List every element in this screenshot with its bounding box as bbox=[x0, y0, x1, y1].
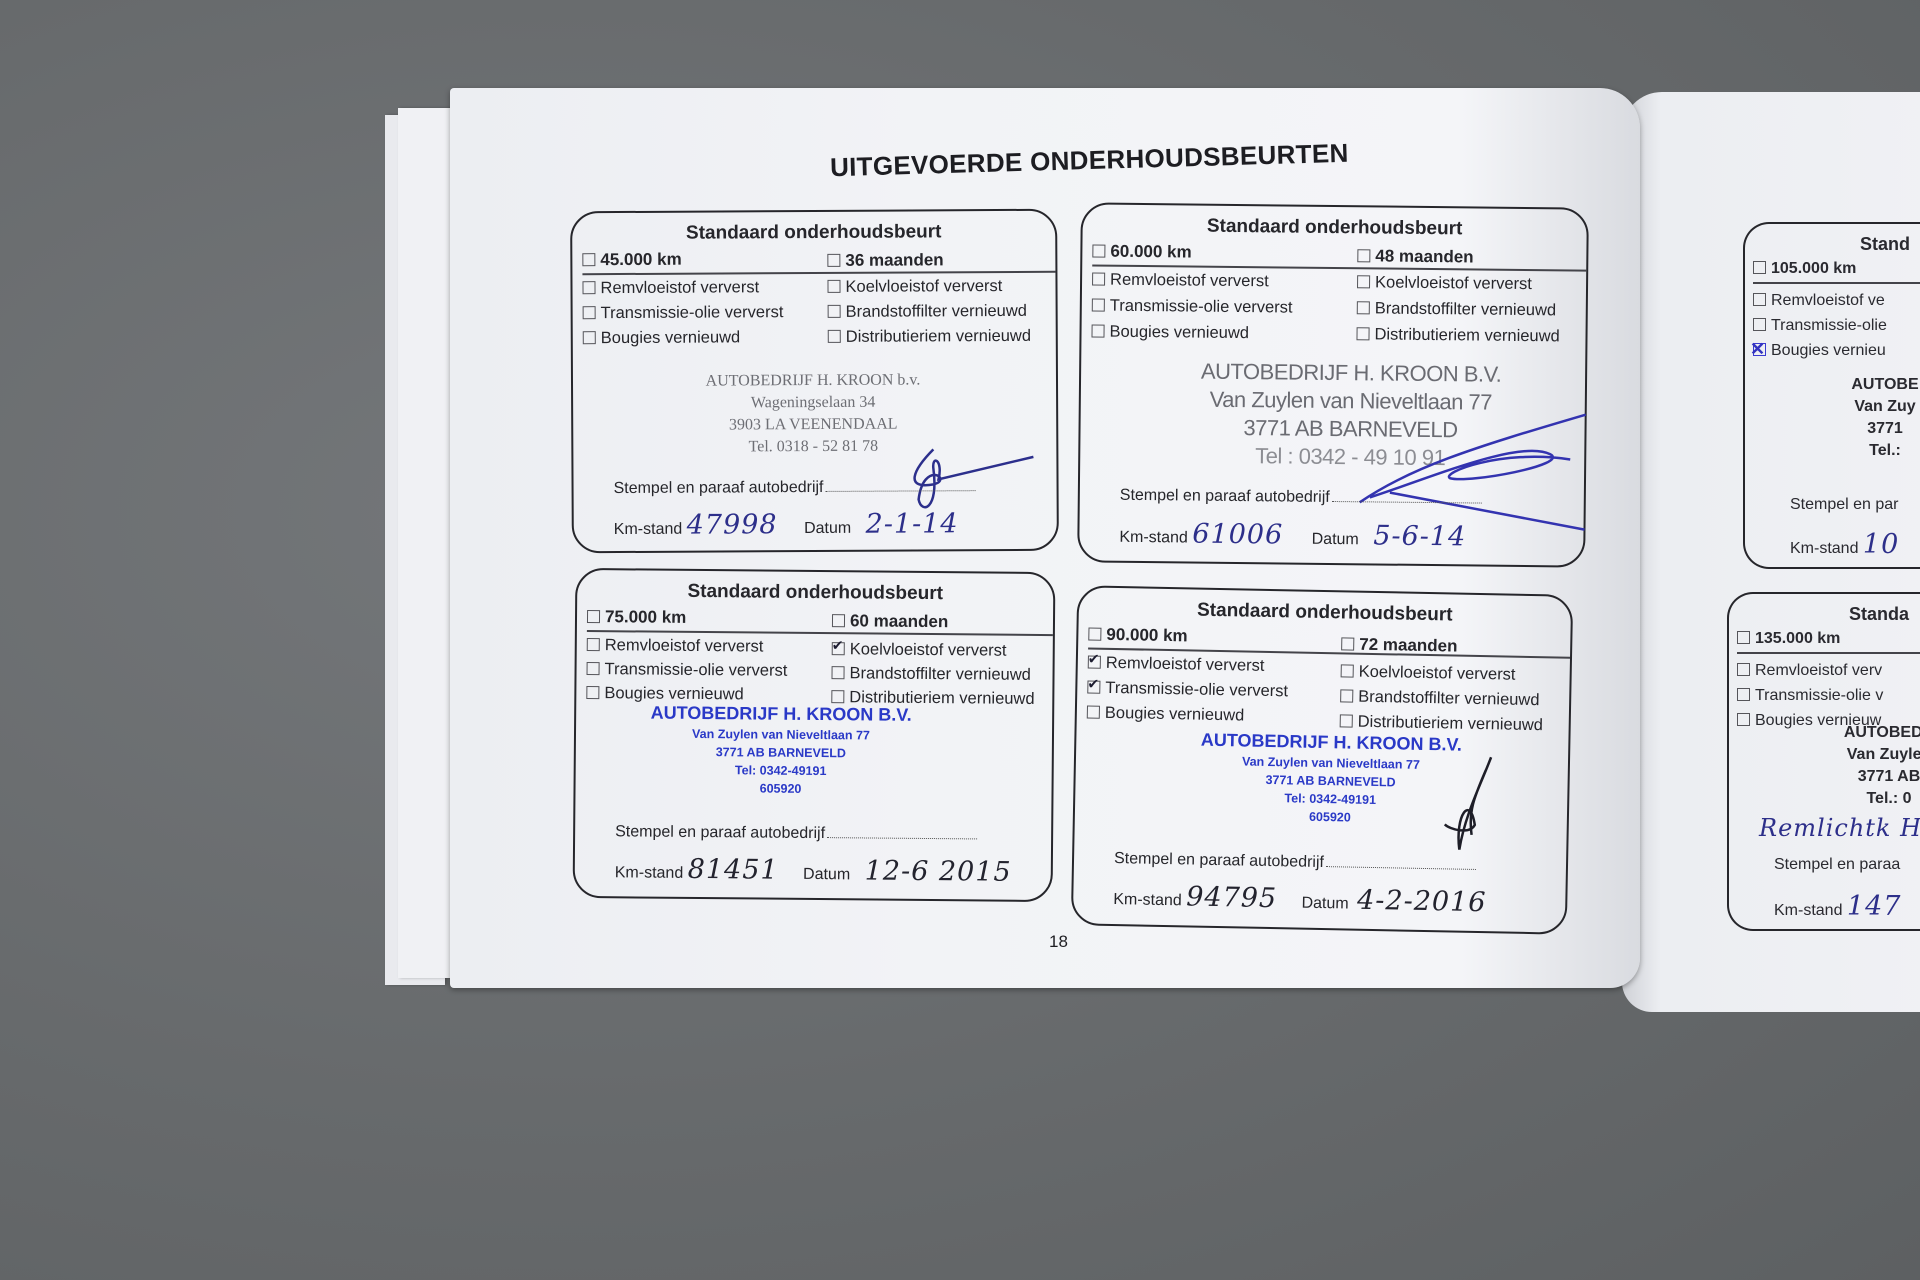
text: Datum bbox=[804, 520, 851, 537]
checkbox-checked[interactable] bbox=[1088, 655, 1101, 668]
month-interval[interactable]: 60 maanden bbox=[832, 611, 948, 632]
text: 75.000 km bbox=[605, 607, 686, 627]
box-title: Standaard onderhoudsbeurt bbox=[572, 221, 1055, 246]
km-interval[interactable]: 135.000 km bbox=[1737, 630, 1920, 654]
checkbox[interactable] bbox=[1092, 244, 1105, 257]
text: Koelvloeistof ververst bbox=[845, 277, 1002, 296]
checkbox[interactable] bbox=[831, 666, 844, 679]
item-transmissie[interactable]: Transmissie-olie bbox=[1753, 313, 1887, 338]
text: Koelvloeistof ververst bbox=[850, 640, 1007, 659]
text: 605920 bbox=[615, 778, 945, 799]
text: Bougies vernieuwd bbox=[1109, 323, 1249, 342]
text: Tel.: 0 bbox=[1819, 788, 1920, 810]
month-interval[interactable]: 36 maanden bbox=[827, 250, 943, 271]
checkbox[interactable] bbox=[1092, 272, 1105, 285]
text: 60.000 km bbox=[1110, 242, 1191, 262]
signature bbox=[1350, 407, 1591, 530]
item-remvloeistof[interactable]: Remvloeistof verv bbox=[1737, 658, 1883, 683]
item-koelvloeistof[interactable]: Koelvloeistof ververst bbox=[1357, 273, 1532, 294]
item-bougies[interactable]: Bougies vernieuwd bbox=[1087, 703, 1245, 725]
checkbox[interactable] bbox=[583, 331, 596, 344]
text: ✕ bbox=[1750, 337, 1765, 362]
text: Remvloeistof ververst bbox=[1106, 654, 1265, 675]
text: Km-stand bbox=[1113, 891, 1182, 909]
km-date-line: Km-stand 81451 Datum 12-6 2015 bbox=[615, 853, 1012, 887]
text: Stempel en paraaf autobedrijf bbox=[615, 823, 825, 842]
checkbox[interactable] bbox=[587, 638, 600, 651]
text: Km-stand bbox=[614, 521, 683, 538]
text: Datum bbox=[1301, 895, 1348, 913]
date-value: 5-6-14 bbox=[1373, 520, 1466, 552]
item-bougies[interactable]: ✕Bougies vernieu bbox=[1753, 338, 1887, 363]
checkbox[interactable] bbox=[1340, 714, 1353, 727]
text: Remvloeistof verv bbox=[1755, 662, 1882, 679]
checklist: Remvloeistof ververst Koelvloeistof verv… bbox=[587, 636, 1057, 640]
signature-line: Stempel en paraaf autobedrijf bbox=[1120, 487, 1482, 509]
item-remvloeistof[interactable]: Remvloeistof ververst bbox=[1092, 270, 1269, 291]
dealer-stamp-partial: AUTOBEVan Zuy3771Tel.: bbox=[1815, 374, 1920, 462]
checkbox[interactable]: ✕ bbox=[1753, 343, 1766, 356]
checklist: Remvloeistof ververst Koelvloeistof verv… bbox=[582, 277, 1052, 279]
item-remvloeistof[interactable]: Remvloeistof ve bbox=[1753, 288, 1887, 313]
checkbox-checked[interactable] bbox=[1087, 680, 1100, 693]
checkbox-checked[interactable] bbox=[832, 642, 845, 655]
checkbox[interactable] bbox=[1341, 637, 1354, 650]
text: 147 bbox=[1847, 891, 1902, 922]
text: 135.000 km bbox=[1755, 630, 1840, 647]
km-interval[interactable]: 45.000 km bbox=[582, 250, 681, 271]
km-date-line: Km-stand 94795 Datum 4-2-2016 bbox=[1113, 880, 1487, 918]
text: Brandstoffilter vernieuwd bbox=[1358, 688, 1540, 709]
item-transmissie[interactable]: Transmissie-olie v bbox=[1737, 683, 1883, 708]
text: Koelvloeistof ververst bbox=[1359, 663, 1516, 684]
checkbox[interactable] bbox=[827, 254, 840, 267]
text: Tel.: bbox=[1815, 440, 1920, 462]
page-number: 18 bbox=[1049, 932, 1068, 952]
checkbox[interactable] bbox=[1340, 689, 1353, 702]
signature-line: Stempel en paraaf autobedrijf bbox=[615, 823, 977, 844]
signature-line: Stempel en paraaf autobedrijf bbox=[614, 478, 976, 498]
checkbox[interactable] bbox=[1341, 664, 1354, 677]
page-edge-front bbox=[398, 108, 458, 978]
text bbox=[825, 490, 975, 492]
text: AUTOBE bbox=[1815, 374, 1920, 396]
dealer-stamp: AUTOBEDRIJF H. KROON B.V.Van Zuylen van … bbox=[615, 700, 946, 799]
text: Standa bbox=[1849, 604, 1909, 625]
date-value: 4-2-2016 bbox=[1357, 885, 1487, 918]
item-distributieriem[interactable]: Distributieriem vernieuwd bbox=[1356, 325, 1559, 346]
item-remvloeistof[interactable]: Remvloeistof ververst bbox=[587, 636, 764, 657]
text: Km-stand 10 bbox=[1790, 529, 1899, 560]
text: 60 maanden bbox=[850, 611, 948, 631]
checkbox[interactable] bbox=[1356, 327, 1369, 340]
km-stand-value: 81451 bbox=[688, 854, 779, 886]
text: Stempel en par bbox=[1790, 496, 1899, 514]
checkbox[interactable] bbox=[1737, 688, 1750, 701]
text: Stand bbox=[1860, 234, 1910, 255]
text: Remvloeistof ve bbox=[1771, 292, 1885, 309]
text bbox=[1360, 412, 1586, 529]
text bbox=[827, 837, 977, 839]
item-brandstoffilter[interactable]: Brandstoffilter vernieuwd bbox=[828, 302, 1027, 322]
checkbox[interactable] bbox=[828, 305, 841, 318]
item-koelvloeistof[interactable]: Koelvloeistof ververst bbox=[827, 277, 1002, 297]
item-transmissie[interactable]: Transmissie-olie ververst bbox=[583, 303, 784, 323]
checkbox[interactable] bbox=[1357, 249, 1370, 262]
text: Km-stand bbox=[1119, 529, 1188, 547]
text: Brandstoffilter vernieuwd bbox=[1375, 299, 1556, 319]
km-stand-value: 47998 bbox=[687, 509, 778, 540]
service-box-90000: Standaard onderhoudsbeurt 90.000 km 72 m… bbox=[1071, 585, 1573, 934]
text: Distributieriem vernieuwd bbox=[1374, 325, 1559, 345]
text: 48 maanden bbox=[1375, 246, 1473, 266]
text: Km-stand bbox=[615, 864, 684, 882]
checkbox[interactable] bbox=[1737, 663, 1750, 676]
km-date-line: Km-stand 61006 Datum 5-6-14 bbox=[1119, 518, 1466, 553]
text: Stempel en paraaf autobedrijf bbox=[1114, 850, 1324, 871]
text: Wageningselaan 34 bbox=[673, 391, 953, 414]
service-box-60000: Standaard onderhoudsbeurt 60.000 km 48 m… bbox=[1077, 202, 1589, 567]
text: Km-stand bbox=[1790, 540, 1858, 557]
text bbox=[1326, 866, 1476, 870]
checkbox[interactable] bbox=[1737, 713, 1750, 726]
text: AUTOBEDRIJF H. KROON b.v. bbox=[673, 369, 953, 392]
text: Van Zuy bbox=[1815, 396, 1920, 418]
item-koelvloeistof[interactable]: Koelvloeistof ververst bbox=[1341, 662, 1516, 684]
text: 10 bbox=[1863, 529, 1899, 560]
text: 90.000 km 72 maanden bbox=[1088, 623, 1570, 658]
item-bougies[interactable]: Bougies vernieuwd bbox=[1091, 322, 1249, 343]
text: Transmissie-olie ververst bbox=[1110, 297, 1293, 317]
text: Km-stand bbox=[1774, 902, 1842, 919]
checklist: Remvloeistof ververst Koelvloeistof verv… bbox=[1092, 270, 1562, 275]
item-brandstoffilter[interactable]: Brandstoffilter vernieuwd bbox=[1340, 687, 1540, 710]
date-value: 12-6 2015 bbox=[865, 855, 1012, 887]
checkbox[interactable] bbox=[828, 330, 841, 343]
text: Datum bbox=[803, 866, 850, 883]
text: Stempel en paraaf autobedrijf bbox=[1120, 487, 1330, 506]
item-transmissie[interactable]: Transmissie-olie ververst bbox=[1087, 678, 1288, 701]
item-bougies[interactable]: Bougies vernieuwd bbox=[583, 328, 741, 348]
checkbox[interactable] bbox=[582, 253, 595, 266]
service-box-45000: Standaard onderhoudsbeurt 45.000 km 36 m… bbox=[570, 209, 1059, 554]
text: 72 maanden bbox=[1359, 635, 1458, 656]
text: 105.000 km bbox=[1771, 260, 1856, 277]
km-interval[interactable]: 75.000 km bbox=[587, 607, 686, 628]
signature bbox=[1439, 754, 1501, 855]
checkbox[interactable] bbox=[582, 281, 595, 294]
checkbox[interactable] bbox=[1087, 705, 1100, 718]
km-date-line: Km-stand 47998 Datum 2-1-14 bbox=[614, 508, 959, 541]
service-box-135000-partial: Standa 135.000 km Remvloeistof verv Tran… bbox=[1727, 592, 1920, 931]
text: Transmissie-olie bbox=[1771, 317, 1887, 334]
text bbox=[1332, 501, 1482, 504]
text: Transmissie-olie v bbox=[1755, 687, 1883, 704]
text: Remvloeistof ververst bbox=[600, 278, 759, 297]
checkbox[interactable] bbox=[1737, 631, 1750, 644]
checkbox[interactable] bbox=[1753, 293, 1766, 306]
checkbox[interactable] bbox=[587, 662, 600, 675]
checkbox[interactable] bbox=[583, 306, 596, 319]
item-remvloeistof[interactable]: Remvloeistof ververst bbox=[582, 278, 759, 298]
text: 3771 AB bbox=[1819, 766, 1920, 788]
checkbox[interactable] bbox=[1753, 261, 1766, 274]
text: Brandstoffilter vernieuwd bbox=[846, 302, 1027, 321]
dealer-stamp-partial: AUTOBEDRVan Zuylen3771 ABTel.: 0 bbox=[1819, 722, 1920, 810]
text: Koelvloeistof ververst bbox=[1375, 273, 1532, 293]
checkbox[interactable] bbox=[1092, 298, 1105, 311]
text: Remvloeistof ververst bbox=[605, 636, 764, 655]
item-distributieriem[interactable]: Distributieriem vernieuwd bbox=[828, 327, 1031, 347]
handwritten-note: Remlichtk H bbox=[1759, 814, 1920, 842]
checkbox[interactable] bbox=[1753, 318, 1766, 331]
service-box-105000-partial: Stand 105.000 km Remvloeistof ve Transmi… bbox=[1743, 222, 1920, 569]
text: 45.000 km 36 maanden bbox=[582, 247, 1055, 275]
text: Bougies vernieuwd bbox=[1105, 704, 1245, 725]
text: Remvloeistof ververst bbox=[1110, 271, 1269, 291]
text: Stempel en paraa bbox=[1774, 856, 1900, 874]
text: Bougies vernieuwd bbox=[601, 328, 741, 347]
km-interval[interactable]: 90.000 km bbox=[1088, 624, 1188, 646]
km-stand-value: 61006 bbox=[1192, 519, 1283, 551]
text: 36 maanden bbox=[845, 250, 943, 270]
km-interval[interactable]: 60.000 km bbox=[1092, 241, 1192, 262]
text: 45.000 km bbox=[600, 250, 681, 269]
checkbox[interactable] bbox=[586, 686, 599, 699]
checkbox[interactable] bbox=[827, 280, 840, 293]
text: 3903 LA VEENENDAAL bbox=[673, 413, 953, 436]
text: 60.000 km 48 maanden bbox=[1092, 240, 1586, 271]
checkbox[interactable] bbox=[1091, 324, 1104, 337]
text: Transmissie-olie ververst bbox=[604, 660, 787, 680]
item-remvloeistof[interactable]: Remvloeistof ververst bbox=[1088, 653, 1265, 675]
text: Stempel en paraaf autobedrijf bbox=[614, 479, 824, 497]
item-transmissie[interactable]: Transmissie-olie ververst bbox=[586, 660, 787, 681]
signature-line: Stempel en paraaf autobedrijf bbox=[1114, 850, 1476, 875]
text: Brandstoffilter vernieuwd bbox=[849, 664, 1030, 684]
box-title: Standaard onderhoudsbeurt bbox=[577, 580, 1053, 606]
text: AUTOBEDR bbox=[1819, 722, 1920, 744]
service-box-75000: Standaard onderhoudsbeurt 75.000 km 60 m… bbox=[573, 568, 1056, 902]
checkbox[interactable] bbox=[1357, 301, 1370, 314]
item-brandstoffilter[interactable]: Brandstoffilter vernieuwd bbox=[1357, 299, 1556, 320]
text: Transmissie-olie ververst bbox=[1105, 679, 1288, 701]
item-koelvloeistof[interactable]: Koelvloeistof ververst bbox=[832, 640, 1007, 661]
text: Van Zuylen bbox=[1819, 744, 1920, 766]
km-stand-value: 94795 bbox=[1186, 881, 1277, 914]
text: Distributieriem vernieuwd bbox=[846, 327, 1031, 346]
text: Bougies vernieu bbox=[1771, 342, 1886, 359]
box-title: Standaard onderhoudsbeurt bbox=[1083, 214, 1587, 241]
text: 90.000 km bbox=[1106, 625, 1188, 646]
checkbox[interactable] bbox=[832, 614, 845, 627]
km-interval[interactable]: 105.000 km bbox=[1753, 260, 1920, 284]
text bbox=[1444, 756, 1491, 850]
checkbox[interactable] bbox=[587, 610, 600, 623]
month-interval[interactable]: 72 maanden bbox=[1341, 634, 1458, 656]
item-transmissie[interactable]: Transmissie-olie ververst bbox=[1092, 296, 1293, 317]
text: AUTOBEDRIJF H. KROON B.V. bbox=[616, 700, 946, 727]
checkbox[interactable] bbox=[1357, 275, 1370, 288]
text: 3771 bbox=[1815, 418, 1920, 440]
checkbox[interactable] bbox=[1088, 627, 1101, 640]
item-brandstoffilter[interactable]: Brandstoffilter vernieuwd bbox=[831, 664, 1030, 685]
text: Transmissie-olie ververst bbox=[601, 303, 784, 322]
month-interval[interactable]: 48 maanden bbox=[1357, 246, 1473, 267]
checklist: Remvloeistof ve Transmissie-olie ✕Bougie… bbox=[1753, 288, 1887, 363]
text: Km-stand 147 bbox=[1774, 891, 1901, 922]
text: AUTOBEDRIJF H. KROON B.V. bbox=[1161, 357, 1541, 389]
text: Datum bbox=[1312, 531, 1359, 548]
text: 75.000 km 60 maanden bbox=[587, 606, 1053, 636]
date-value: 2-1-14 bbox=[866, 508, 959, 539]
